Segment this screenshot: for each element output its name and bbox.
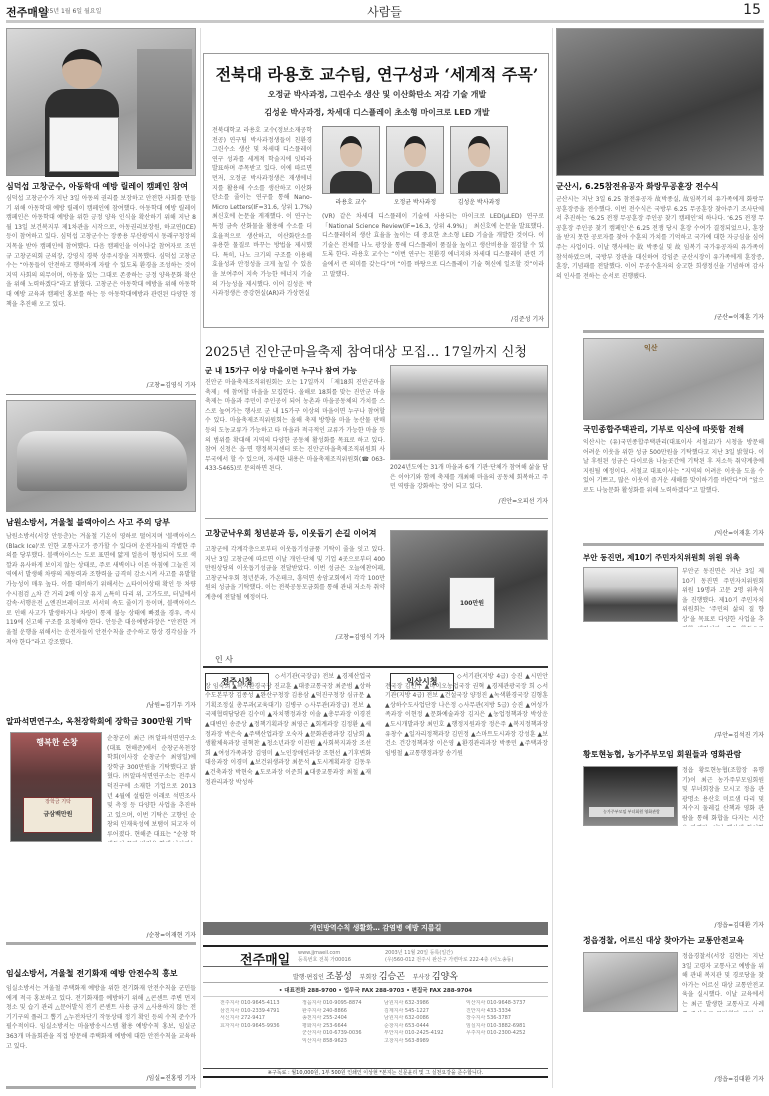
headline-jeongeup-police: 정읍경찰, 어르신 대상 찾아가는 교통안전교육 bbox=[583, 935, 764, 946]
donation-amount: 100만원 bbox=[450, 598, 494, 607]
branch-cell: 무주지사 010-2300-4252 bbox=[466, 1030, 548, 1038]
body-jbnu-left: 전북대학교 라용호 교수(정보소재공학전공) 연구팀 박사과정생들이 친환경 그… bbox=[212, 126, 312, 321]
body-jeongeup-police: 정읍경찰서(서장 김현)는 지난 3일 고령자 교통사고 예방을 위해 관내 복… bbox=[682, 952, 764, 1012]
photo-gunsan-medal bbox=[556, 28, 764, 176]
body-imsil-fire: 임실소방서는 겨울철 주택화재 예방을 위한 전기화재 안전수칙을 군민들에게 … bbox=[6, 984, 196, 1070]
donation-board: 100만원 bbox=[449, 577, 495, 629]
vice-president-name: 김양옥 bbox=[432, 972, 458, 982]
personnel-title: 인 사 bbox=[215, 654, 233, 665]
byline-buan-committee: /부안=김석진 기자 bbox=[583, 730, 764, 739]
body-jbnu-right: (VR) 같은 차세대 디스플레이 기술에 사용되는 마이크로 LED(μLED… bbox=[322, 212, 544, 312]
colophon-staff: 발행·편집인 조봉성 부회장 김승곤 부사장 김양옥 bbox=[203, 969, 548, 982]
campaign-sign bbox=[49, 117, 119, 172]
byline-imsil-fire: /임실=진홍평 기자 bbox=[6, 1073, 196, 1082]
person-face-icon bbox=[62, 49, 102, 89]
publisher-name: 조봉성 bbox=[326, 972, 352, 982]
branch-row: 삼진지사 010-2339-4791완주지사 240-8866김제지사 545-… bbox=[220, 1008, 548, 1016]
body-jeongeup-police-cont bbox=[583, 1014, 764, 1074]
byline-alpha-scholarship: /순창=이재현 기자 bbox=[6, 930, 196, 939]
branch-row: 전주지사 010-9645-4113정읍지사 010-9095-8874남원지사… bbox=[220, 1000, 548, 1008]
divider bbox=[203, 982, 548, 983]
photo-namwon-accident bbox=[6, 400, 196, 512]
colophon-phones: • 대표전화 288-9700 • 업무국 FAX 288-9703 • 편집국… bbox=[203, 986, 548, 994]
branch-cell: 전주지사 010-9645-4113 bbox=[220, 1000, 302, 1008]
branch-cell: 서신지사 272-9417 bbox=[220, 1015, 302, 1023]
branch-row: 군산지사 010-6739-0036부안지사 010-2425-4192무주지사… bbox=[220, 1030, 548, 1038]
headline-hwangto-farm: 황토현농협, 농가주부모임 회원들과 영화관람 bbox=[583, 749, 764, 760]
masthead: 전주매일 2025년 1월 6일 월요일 사람들 15 bbox=[0, 0, 769, 24]
photo-gochang-campaign bbox=[6, 28, 196, 176]
branch-cell: 임실지사 010-3882-6981 bbox=[466, 1023, 548, 1031]
portrait-oh-jeonggyun bbox=[386, 126, 444, 194]
branch-cell: 익산지사 010-9648-3737 bbox=[466, 1000, 548, 1008]
photo-banner-text: 익산 bbox=[644, 343, 658, 353]
column-divider bbox=[552, 28, 553, 1088]
colophon-registration: 등록번호 전북 가00016 bbox=[298, 957, 351, 965]
divider bbox=[6, 1086, 196, 1089]
body-iksan-housing: 익산시는 (유)국민종합주택관리(대표이사 서철교)가 시청을 방문해 어려운 … bbox=[583, 438, 764, 528]
headline-gunsan-medal: 군산시, 6.25참전유공자 화랑무공훈장 전수식 bbox=[556, 181, 764, 192]
branch-cell: 순창지사 653-0444 bbox=[384, 1023, 466, 1031]
page-number: 15 bbox=[743, 2, 761, 18]
divider bbox=[583, 543, 764, 546]
vice-chair-name: 김승곤 bbox=[379, 972, 405, 982]
headline-jinan-festival: 2025년 진안군마을축제 참여대상 모집… 17일까지 신청 bbox=[205, 341, 550, 360]
branch-cell: 익산지사 858-9623 bbox=[302, 1038, 384, 1046]
byline-gochang-child: /고창=김영식 기자 bbox=[6, 380, 196, 389]
divider bbox=[6, 394, 196, 395]
campaign-banner: 개인방역수칙 생활화… 감염병 예방 지름길 bbox=[203, 922, 548, 935]
caption-kim-seongun: 김성운 박사과정 bbox=[450, 197, 508, 206]
subhead-jbnu-2: 김성운 박사과정, 차세대 디스플레이 초소형 마이크로 LED 개발 bbox=[204, 107, 550, 118]
branch-row: 익산지사 858-9623고창지사 563-8989 bbox=[220, 1038, 548, 1046]
divider bbox=[203, 966, 548, 967]
branch-row: 서신지사 272-9417송천지사 255-2404남원지사 632-0086장… bbox=[220, 1015, 548, 1023]
photo-jinan-festival bbox=[390, 365, 548, 460]
divider bbox=[205, 518, 548, 519]
subscription-info: ※구독료 : 월10,000원, 1부 500원 인쇄인 이상현 *본지는 신문… bbox=[203, 1068, 548, 1078]
branch-cell: 송천지사 255-2404 bbox=[302, 1015, 384, 1023]
portrait-kim-seongun bbox=[450, 126, 508, 194]
subhead-jbnu-1: 오정균 박사과정, 그린수소 생산 및 이산화탄소 저감 기술 개발 bbox=[204, 89, 550, 100]
byline-namwon-fire: /남원=김기두 기자 bbox=[6, 700, 196, 709]
photo-buan-committee bbox=[583, 567, 678, 622]
column-divider bbox=[200, 28, 201, 1088]
branch-cell: 삼진지사 010-2339-4791 bbox=[220, 1008, 302, 1016]
byline-jinan-festival: /진안=오피선 기자 bbox=[390, 496, 548, 505]
photo-jeongeup-police bbox=[583, 952, 678, 1012]
headline-namwon-fire: 남원소방서, 겨울철 블랙아이스 사고 주의 당부 bbox=[6, 517, 196, 528]
colophon-address: (우)560-012 전주시 완산구 가련마로 222-4층 (서노송동) bbox=[385, 957, 513, 965]
byline-gunsan-medal: /군산=이재훈 기자 bbox=[556, 312, 764, 321]
divider bbox=[6, 942, 196, 945]
banner-stand bbox=[137, 49, 192, 169]
body-buan-committee-cont bbox=[583, 627, 764, 723]
photo-banner-text: 농가주부모임 부녀회원 영화관람 bbox=[589, 807, 674, 817]
headline-alpha-scholarship: 알파석면연구소, 옥천장학회에 장학금 300만원 기탁 bbox=[6, 716, 196, 727]
branch-cell bbox=[220, 1030, 302, 1038]
byline-hwangto-farm: /정읍=김대환 기자 bbox=[583, 920, 764, 929]
scholarship-board: 장학금 기탁 금삼백만원 bbox=[23, 797, 93, 833]
masthead-rule bbox=[6, 20, 764, 23]
byline-gochang-donation: /고창=김영식 기자 bbox=[205, 632, 385, 641]
damaged-car-icon bbox=[17, 431, 187, 491]
personnel-jeonju: ◇서기관(국장급) 전보 ▲경제산업국장 임숙희 ▲복지환경국장 진교훈 ▲대중… bbox=[205, 672, 371, 906]
divider bbox=[583, 330, 764, 333]
publisher-label: 발행·편집인 bbox=[293, 974, 324, 981]
branch-cell bbox=[220, 1038, 302, 1046]
caption-oh-jeonggyun: 오정균 박사과정 bbox=[386, 197, 444, 206]
branch-cell: 장수지사 536-3787 bbox=[466, 1015, 548, 1023]
photo-iksan-donation: 익산 bbox=[583, 338, 764, 420]
board-title: 장학금 기탁 bbox=[24, 798, 92, 805]
branch-cell: 정읍지사 010-9095-8874 bbox=[302, 1000, 384, 1008]
branch-row: 효자지사 010-9645-9936평화지사 253-6644순창지사 653-… bbox=[220, 1023, 548, 1031]
branch-cell: 평화지사 253-6644 bbox=[302, 1023, 384, 1031]
headline-imsil-fire: 임실소방서, 겨울철 전기화재 예방 안전수칙 홍보 bbox=[6, 968, 196, 979]
branch-cell: 완주지사 240-8866 bbox=[302, 1008, 384, 1016]
body-namwon-fire: 남원소방서(서장 안등춘)는 겨울철 기온이 영하로 떨어지며 '블랙아이스(B… bbox=[6, 532, 196, 704]
photo-gochang-donation: 100만원 bbox=[390, 530, 548, 640]
personnel-iksan: ◇서기관(지방 4급) 승진 ▲시민안전국장 김민수 ▲바이오농업국장 권혁 ▲… bbox=[385, 672, 548, 906]
branch-cell: 남원지사 632-3986 bbox=[384, 1000, 466, 1008]
body-alpha-scholarship-cont bbox=[6, 842, 196, 902]
caption-jinan-festival: 2024년도에는 31개 마을과 6개 기관·단체가 참여해 삶을 담은 이야기… bbox=[390, 463, 548, 493]
section-title: 사람들 bbox=[0, 3, 769, 20]
byline-iksan-housing: /익산=이재훈 기자 bbox=[583, 528, 764, 537]
branch-cell: 남원지사 632-0086 bbox=[384, 1015, 466, 1023]
byline-jeongeup-police: /정읍=김대환 기자 bbox=[583, 1074, 764, 1083]
branch-list: 전주지사 010-9645-4113정읍지사 010-9095-8874남원지사… bbox=[220, 1000, 548, 1045]
headline-gochang-child: 심덕섭 고창군수, 아동학대 예방 릴레이 캠페인 참여 bbox=[6, 181, 196, 192]
headline-jbnu: 전북대 라용호 교수팀, 연구성과 ‘세계적 주목’ bbox=[204, 62, 550, 85]
body-gunsan-medal: 군산시는 지난 3일 6.25 참전유공자 故박종실, 故임복기의 유가족에게 … bbox=[556, 195, 764, 313]
photo-scholarship: 행복한 순창 장학금 기탁 금삼백만원 bbox=[10, 732, 102, 842]
body-alpha-scholarship: 순창군이 최근 ㈜알파석면연구소(대표 현해준)에서 순창군옥천장학회(이사장 … bbox=[107, 734, 196, 842]
branch-cell: 효자지사 010-9645-9936 bbox=[220, 1023, 302, 1031]
branch-cell: 고창지사 563-8989 bbox=[384, 1038, 466, 1046]
branch-cell: 부안지사 010-2425-4192 bbox=[384, 1030, 466, 1038]
divider bbox=[203, 666, 548, 668]
subhead-jinan-festival: 군 내 15가구 이상 마을이면 누구나 참여 가능 bbox=[205, 365, 385, 376]
vice-president-label: 부사장 bbox=[413, 974, 430, 981]
portrait-ra-yongho bbox=[322, 126, 380, 194]
headline-iksan-housing: 국민종합주택관리, 기부로 익산에 따뜻함 전해 bbox=[583, 424, 764, 435]
body-buan-committee: 부안군 동진면은 지난 3일 제10기 동진면 주민자치위원회 위원 19명과 … bbox=[682, 567, 764, 627]
body-gochang-child: 심덕섭 고창군수가 지난 3일 아동의 권리를 보장하고 안전한 사회를 만들기… bbox=[6, 194, 196, 382]
headline-gochang-donation: 고창군낙우회 청년분과 등, 이웃돕기 손길 이어져 bbox=[205, 528, 385, 539]
caption-ra-yongho: 라용호 교수 bbox=[322, 197, 380, 206]
body-hwangto-farm-cont bbox=[583, 828, 764, 918]
branch-cell: 김제지사 545-1227 bbox=[384, 1008, 466, 1016]
divider bbox=[203, 996, 548, 997]
body-gochang-donation: 고창군에 각계각층으로부터 이웃돕기성금품 기탁이 줄을 잇고 있다. 지난 3… bbox=[205, 545, 385, 633]
body-jbnu-right-narrow bbox=[512, 126, 546, 206]
body-hwangto-farm: 정읍 황토현농협(조합장 유행기)이 최근 농가주부모임회원 및 부녀회장을 모… bbox=[682, 766, 764, 826]
branch-cell: 진안지사 433-3334 bbox=[466, 1008, 548, 1016]
feature-jbnu: 전북대 라용호 교수팀, 연구성과 ‘세계적 주목’ 오정균 박사과정, 그린수… bbox=[203, 53, 549, 328]
photo-banner-text: 행복한 순창 bbox=[11, 737, 103, 748]
vice-chair-label: 부회장 bbox=[360, 974, 377, 981]
branch-cell: 군산지사 010-6739-0036 bbox=[302, 1030, 384, 1038]
branch-cell bbox=[466, 1038, 548, 1046]
divider bbox=[203, 945, 548, 947]
headline-buan-committee: 부안 동진면, 제10기 주민자치위원회 위원 위촉 bbox=[583, 552, 764, 563]
body-jinan-festival: 진안군 마을축제조직위원회는 오는 17일까지 「제18회 진안군마을축제」에 … bbox=[205, 378, 385, 506]
board-amount: 금삼백만원 bbox=[24, 809, 92, 818]
photo-hwangto-farm: 농가주부모임 부녀회원 영화관람 bbox=[583, 766, 678, 826]
byline-jbnu: /김준성 기자 bbox=[322, 314, 544, 323]
